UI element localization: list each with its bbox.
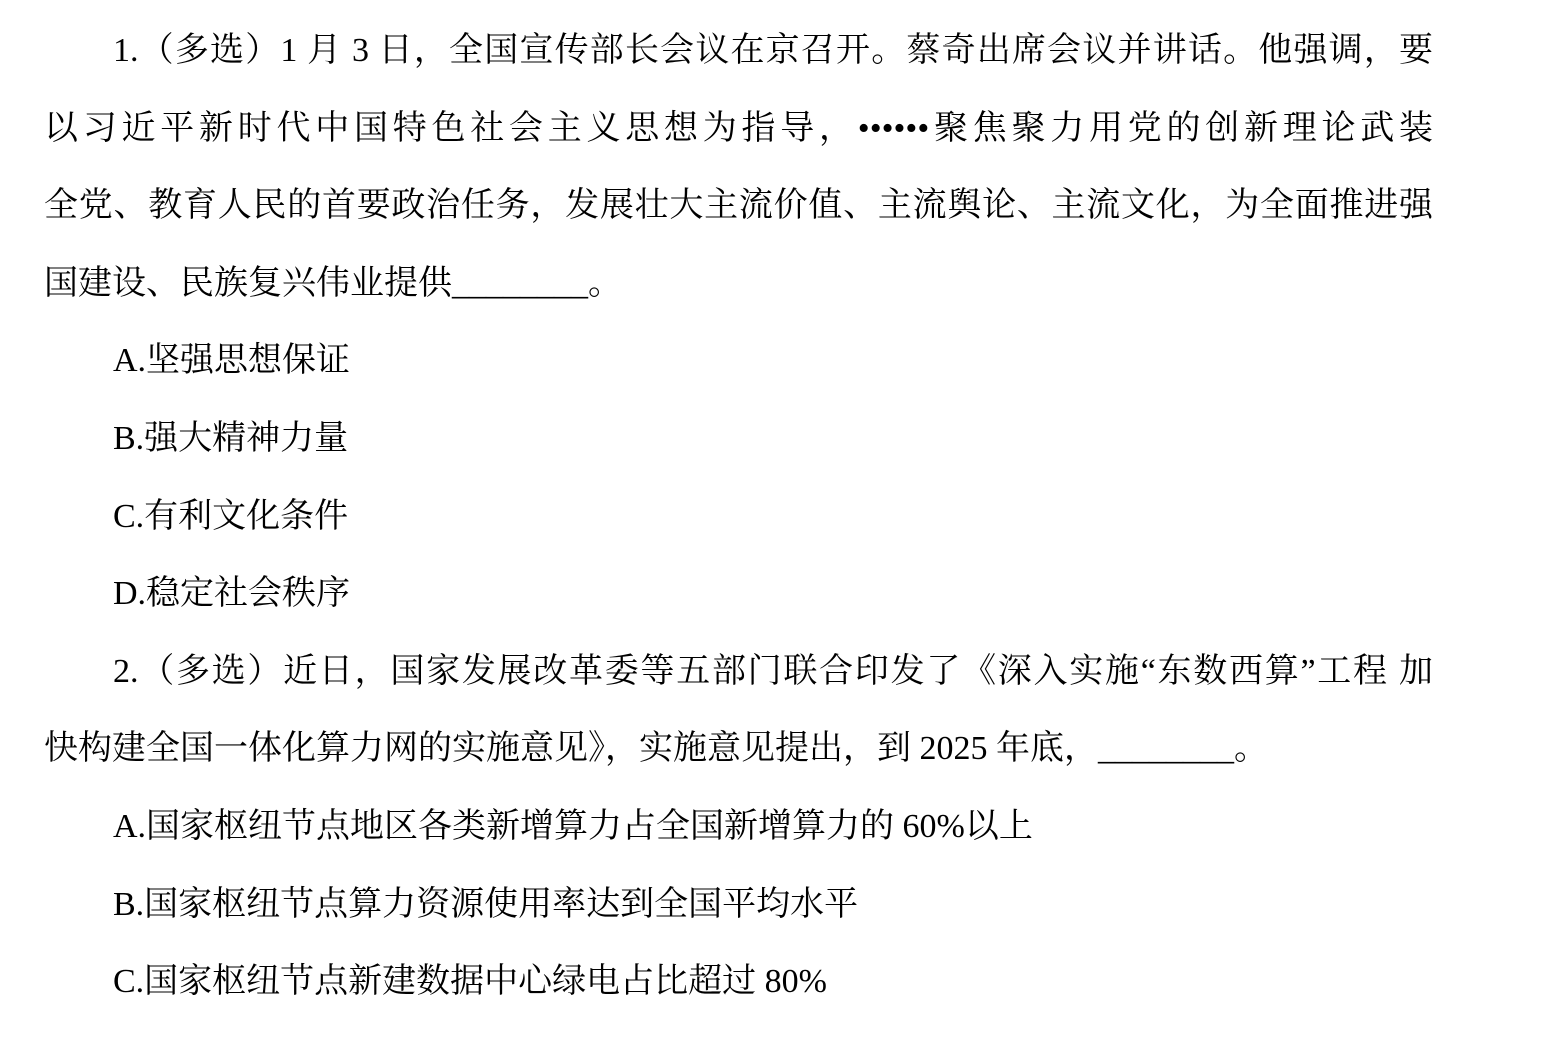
document-page: 1.（多选）1 月 3 日，全国宣传部长会议在京召开。蔡奇出席会议并讲话。他强调… bbox=[0, 0, 1562, 1042]
question-1-option-b: B.强大精神力量 bbox=[44, 400, 1433, 478]
question-1-stem-line-with-blank: 国建设、民族复兴伟业提供________。 bbox=[44, 245, 1433, 323]
question-2-stem-line: 2.（多选）近日，国家发展改革委等五部门联合印发了《深入实施“东数西算”工程 加 bbox=[44, 633, 1433, 711]
question-1: 1.（多选）1 月 3 日，全国宣传部长会议在京召开。蔡奇出席会议并讲话。他强调… bbox=[44, 12, 1433, 633]
question-1-stem-line: 全党、教育人民的首要政治任务，发展壮大主流价值、主流舆论、主流文化，为全面推进强 bbox=[44, 167, 1433, 245]
question-2: 2.（多选）近日，国家发展改革委等五部门联合印发了《深入实施“东数西算”工程 加… bbox=[44, 633, 1433, 1021]
question-2-option-b: B.国家枢纽节点算力资源使用率达到全国平均水平 bbox=[44, 866, 1433, 944]
question-1-stem-line: 1.（多选）1 月 3 日，全国宣传部长会议在京召开。蔡奇出席会议并讲话。他强调… bbox=[44, 12, 1433, 90]
question-1-option-a: A.坚强思想保证 bbox=[44, 322, 1433, 400]
question-2-option-a: A.国家枢纽节点地区各类新增算力占全国新增算力的 60%以上 bbox=[44, 788, 1433, 866]
question-1-option-d: D.稳定社会秩序 bbox=[44, 555, 1433, 633]
question-2-option-c: C.国家枢纽节点新建数据中心绿电占比超过 80% bbox=[44, 943, 1433, 1021]
question-2-stem-line-with-blank: 快构建全国一体化算力网的实施意见》，实施意见提出，到 2025 年底，_____… bbox=[44, 710, 1433, 788]
question-1-option-c: C.有利文化条件 bbox=[44, 478, 1433, 556]
question-1-stem-line: 以习近平新时代中国特色社会主义思想为指导，••••••聚焦聚力用党的创新理论武装 bbox=[44, 90, 1433, 168]
